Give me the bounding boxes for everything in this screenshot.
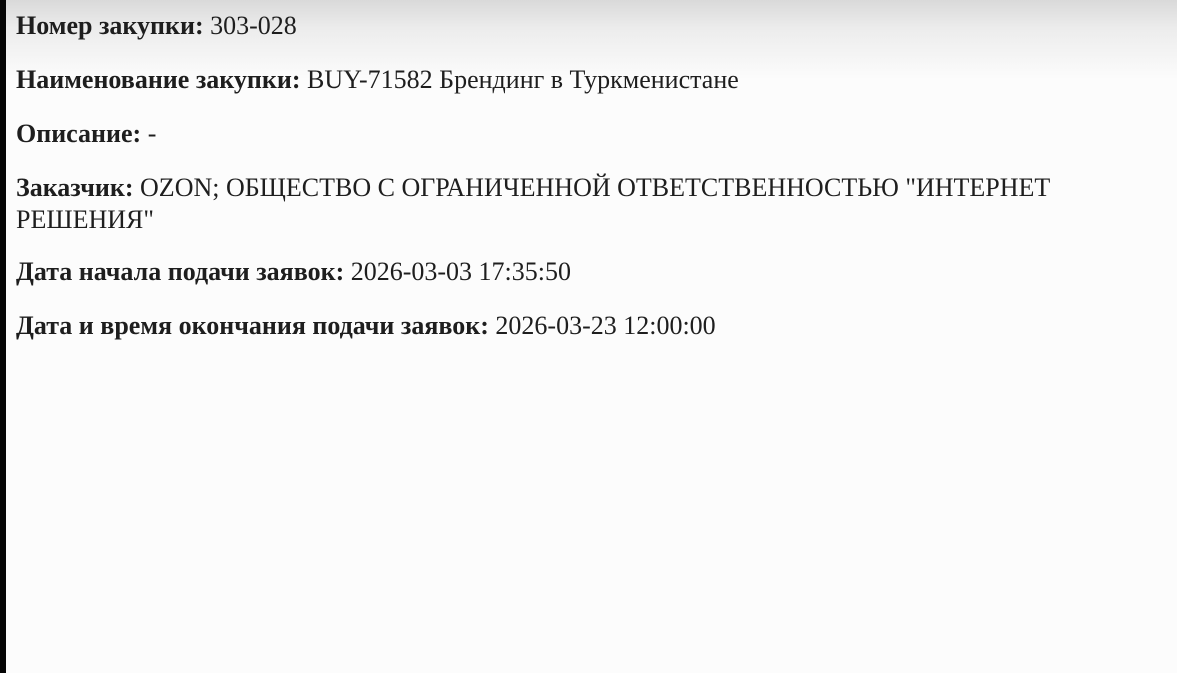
field-procurement-name: Наименование закупки: BUY-71582 Брендинг… xyxy=(16,64,1157,96)
field-label: Описание: xyxy=(16,119,141,148)
field-procurement-number: Номер закупки: 303-028 xyxy=(16,10,1157,42)
field-label: Дата и время окончания подачи заявок: xyxy=(16,311,489,340)
field-value: 303-028 xyxy=(210,11,297,40)
left-edge xyxy=(0,0,6,673)
field-label: Дата начала подачи заявок: xyxy=(16,257,344,286)
field-value: - xyxy=(148,119,157,148)
field-value: OZON; ОБЩЕСТВО С ОГРАНИЧЕННОЙ ОТВЕТСТВЕН… xyxy=(16,173,1050,234)
field-submission-start: Дата начала подачи заявок: 2026-03-03 17… xyxy=(16,256,1157,288)
field-description: Описание: - xyxy=(16,118,1157,150)
field-customer: Заказчик: OZON; ОБЩЕСТВО С ОГРАНИЧЕННОЙ … xyxy=(16,172,1157,236)
field-value: BUY-71582 Брендинг в Туркменистане xyxy=(307,65,739,94)
field-value: 2026-03-03 17:35:50 xyxy=(351,257,571,286)
procurement-details: Номер закупки: 303-028 Наименование заку… xyxy=(16,10,1157,364)
field-label: Заказчик: xyxy=(16,173,134,202)
field-label: Номер закупки: xyxy=(16,11,204,40)
field-value: 2026-03-23 12:00:00 xyxy=(495,311,715,340)
field-label: Наименование закупки: xyxy=(16,65,301,94)
field-submission-end: Дата и время окончания подачи заявок: 20… xyxy=(16,310,1157,342)
